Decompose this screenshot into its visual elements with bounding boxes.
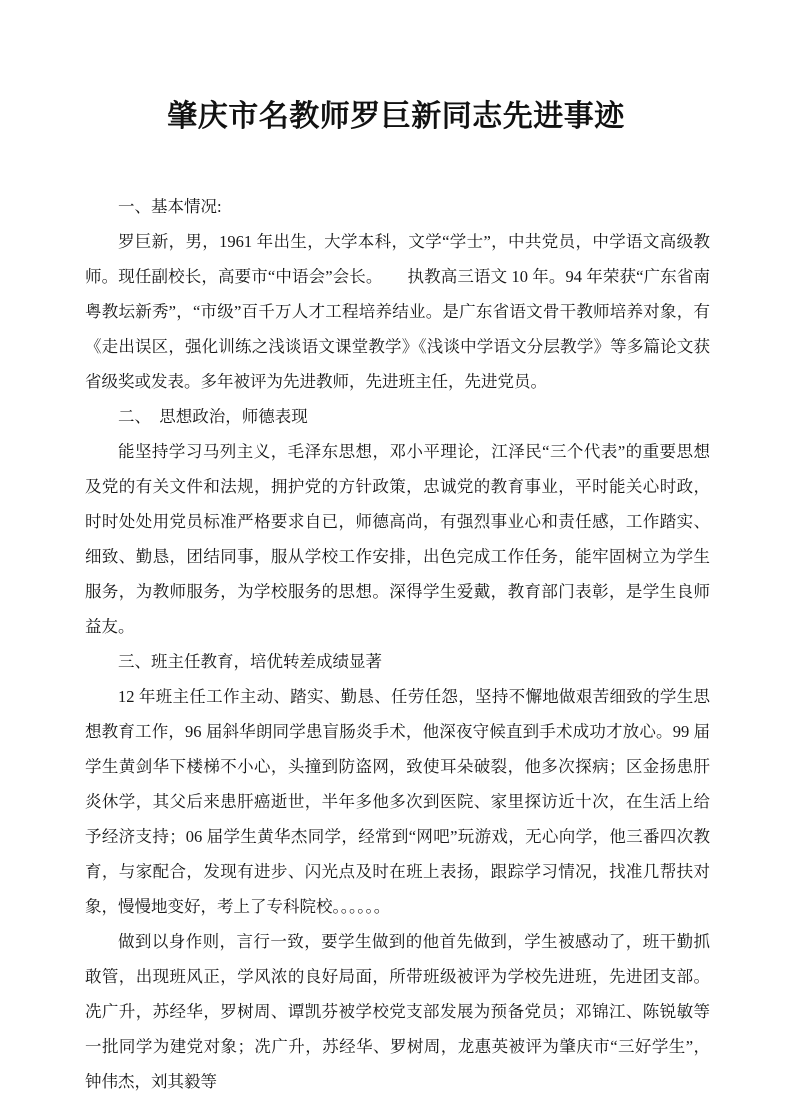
paragraph-political-ethics: 能坚持学习马列主义，毛泽东思想，邓小平理论，江泽民“三个代表”的重要思想及党的有… (85, 434, 710, 644)
page-number: 1 (0, 1036, 792, 1056)
paragraph-class-teacher-work: 12 年班主任工作主动、踏实、勤恳、任劳任怨，坚持不懈地做艰苦细致的学生思想教育… (85, 679, 710, 924)
document-page: 肇庆市名教师罗巨新同志先进事迹 一、基本情况: 罗巨新，男，1961 年出生，大… (0, 0, 792, 1120)
document-body: 一、基本情况: 罗巨新，男，1961 年出生，大学本科，文学“学士”，中共党员，… (85, 189, 710, 1099)
section-heading-1: 一、基本情况: (85, 189, 710, 224)
paragraph-role-model: 做到以身作则，言行一致，要学生做到的他首先做到，学生被感动了，班干勤抓敢管，出现… (85, 924, 710, 1099)
section-heading-3: 三、班主任教育，培优转差成绩显著 (85, 644, 710, 679)
document-title: 肇庆市名教师罗巨新同志先进事迹 (0, 99, 792, 135)
section-heading-2: 二、 思想政治，师德表现 (85, 399, 710, 434)
paragraph-basic-info: 罗巨新，男，1961 年出生，大学本科，文学“学士”，中共党员，中学语文高级教师… (85, 224, 710, 399)
